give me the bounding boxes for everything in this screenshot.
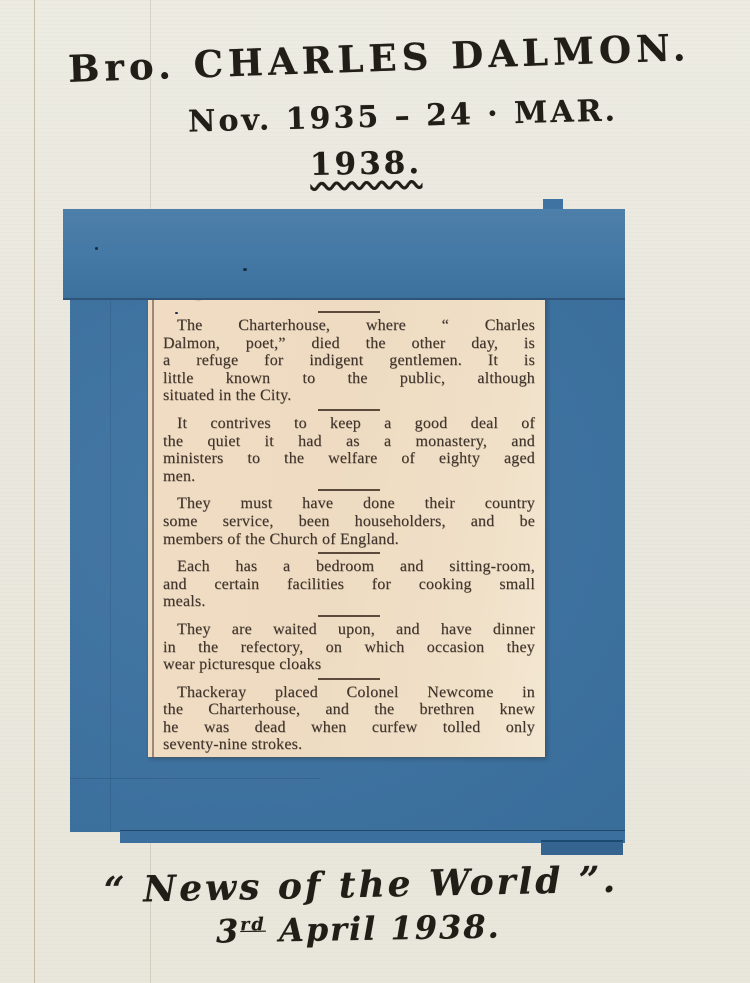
paragraph-divider [318,615,380,617]
handwritten-title: Bro. CHARLES DALMON. [67,25,691,91]
blue-mount-bottom-tab [541,840,623,855]
newsprint-paragraph: Each has a bedroom and sitting-room, and… [163,558,535,611]
clipping-line: Each has a bedroom and sitting-room, [163,558,535,576]
clipping-line: situated in the City. [163,387,535,405]
date-day: 3 [216,912,241,950]
newspaper-clipping: delegates found. The Charterhouse, where… [148,287,545,757]
ink-speck [243,268,247,271]
paragraph-divider [318,409,380,411]
blue-mount-top-strip [63,209,625,300]
clipping-line: members of the Church of England. [163,531,535,549]
handwritten-year: 1938. [310,145,423,183]
clipping-line: wear picturesque cloaks [163,656,535,674]
clipping-line: little known to the public, although [163,370,535,388]
clipping-line: They are waited upon, and have dinner [163,621,535,639]
newsprint-paragraph: They are waited upon, and have dinner in… [163,621,535,674]
clipping-line: and certain facilities for cooking small [163,576,535,594]
clipping-line: The Charterhouse, where “ Charles [163,317,535,335]
scrapbook-page: Bro. CHARLES DALMON. Nov. 1935 – 24 · MA… [0,0,750,983]
clipping-line: Thackeray placed Colonel Newcome in [163,684,535,702]
ink-speck [95,247,98,250]
handwritten-date: 3rd April 1938. [216,908,501,951]
clipping-line: men. [163,468,535,486]
paragraph-divider [318,489,380,491]
clipping-line: They must have done their country [163,495,535,513]
clipping-line: ministers to the welfare of eighty aged [163,450,535,468]
clipping-line: in the refectory, on which occasion they [163,639,535,657]
clipping-line: the quiet it had as a monastery, and [163,433,535,451]
clipping-line: It contrives to keep a good deal of [163,415,535,433]
paragraph-divider [318,311,380,313]
newsprint-paragraph: It contrives to keep a good deal of the … [163,415,535,485]
clipping-line: he was dead when curfew tolled only [163,719,535,737]
clipping-line: a refuge for indigent gentlemen. It is [163,352,535,370]
clipping-line: Dalmon, poet,” died the other day, is [163,335,535,353]
newsprint-paragraph: They must have done their country some s… [163,495,535,548]
newsprint-paragraph: Thackeray placed Colonel Newcome in the … [163,684,535,754]
date-ordinal: rd [240,914,266,935]
handwritten-dates: Nov. 1935 – 24 · MAR. [188,93,619,139]
handwritten-source: “ News of the World ”. [104,859,619,912]
page-binding-crease [34,0,35,983]
date-rest: April 1938. [266,908,501,950]
clipping-line: seventy-nine strokes. [163,736,535,754]
newsprint-paragraph: The Charterhouse, where “ Charles Dalmon… [163,317,535,405]
paragraph-divider [318,552,380,554]
clipping-line: some service, been householders, and be [163,513,535,531]
clipping-line: the Charterhouse, and the brethren knew [163,701,535,719]
clipping-line: meals. [163,593,535,611]
paragraph-divider [318,678,380,680]
ink-speck [175,312,178,314]
